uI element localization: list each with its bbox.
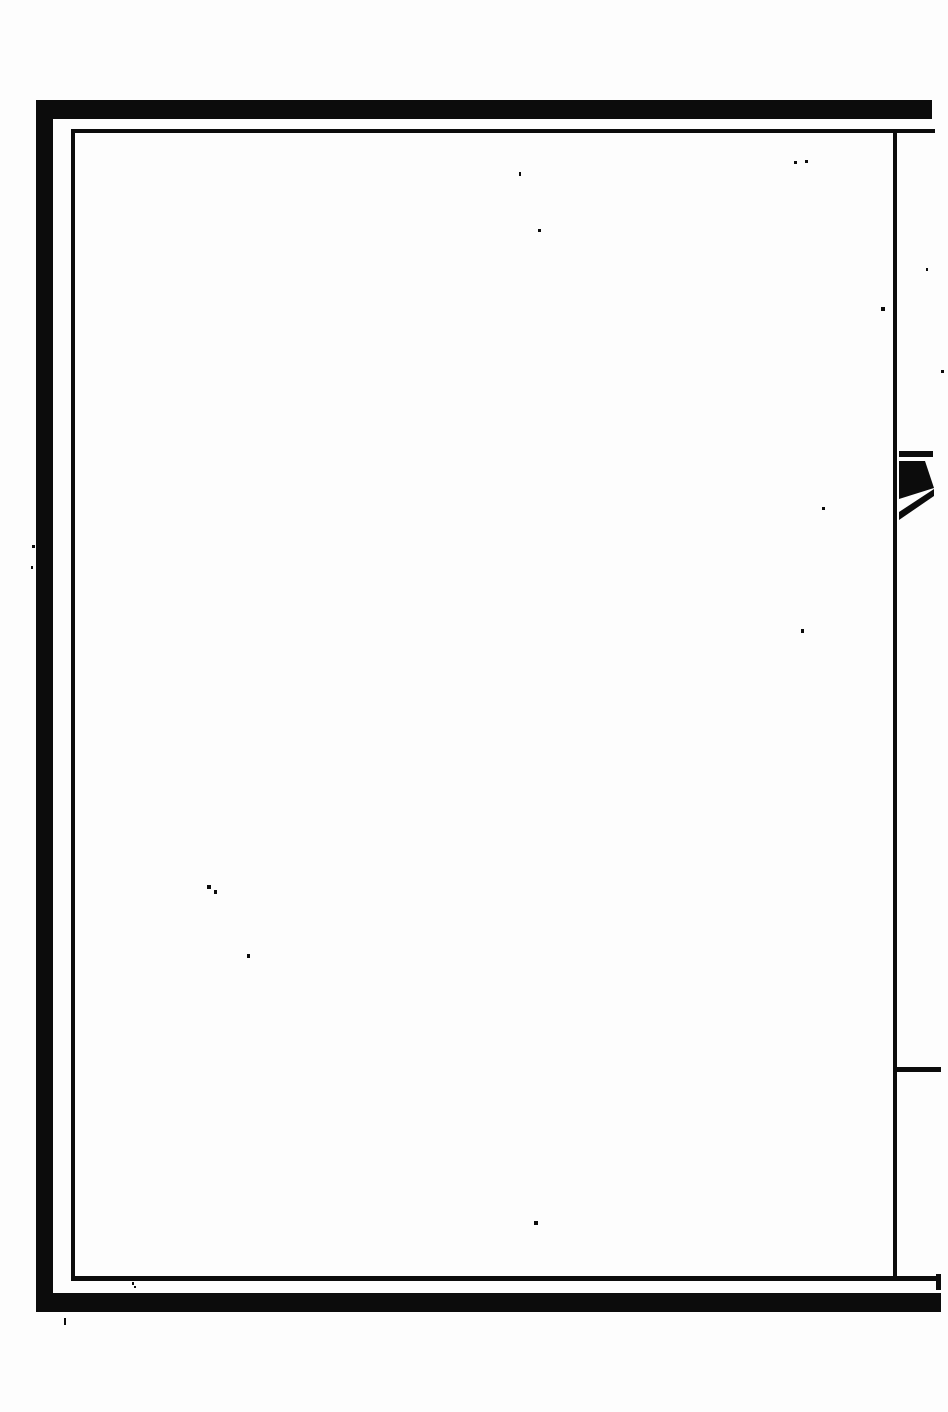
scan-speck xyxy=(31,566,33,569)
outer-frame-top-bar xyxy=(36,100,932,119)
outer-frame-bottom-bar xyxy=(36,1293,941,1312)
scan-speck xyxy=(534,1221,538,1225)
scan-speck xyxy=(801,629,804,633)
scan-speck xyxy=(247,954,250,958)
scan-speck xyxy=(32,545,35,548)
outer-frame-left-bar xyxy=(36,100,53,1312)
scan-frame-svg xyxy=(0,0,948,1412)
inner-rule-left xyxy=(71,129,75,1281)
scan-speck xyxy=(64,1318,66,1325)
scanned-page xyxy=(0,0,948,1412)
scan-speck xyxy=(134,1286,136,1288)
scan-speck xyxy=(822,507,825,510)
figure-top-bar xyxy=(899,451,933,457)
scan-speck xyxy=(538,229,541,232)
scan-speck xyxy=(881,307,885,311)
scan-speck xyxy=(207,885,211,889)
scan-speck xyxy=(214,890,217,894)
inner-rule-bottom-end-stub xyxy=(936,1274,941,1290)
inner-rule-top xyxy=(71,129,935,133)
scan-speck xyxy=(805,160,808,163)
scan-speck xyxy=(941,370,944,373)
scan-speck xyxy=(519,172,521,176)
scan-speck xyxy=(926,268,928,271)
scan-speck xyxy=(132,1282,134,1285)
scan-speck xyxy=(794,161,797,164)
right-divider-line xyxy=(895,1067,941,1072)
inner-rule-right-vertical xyxy=(893,131,897,1281)
inner-rule-bottom xyxy=(71,1276,940,1281)
